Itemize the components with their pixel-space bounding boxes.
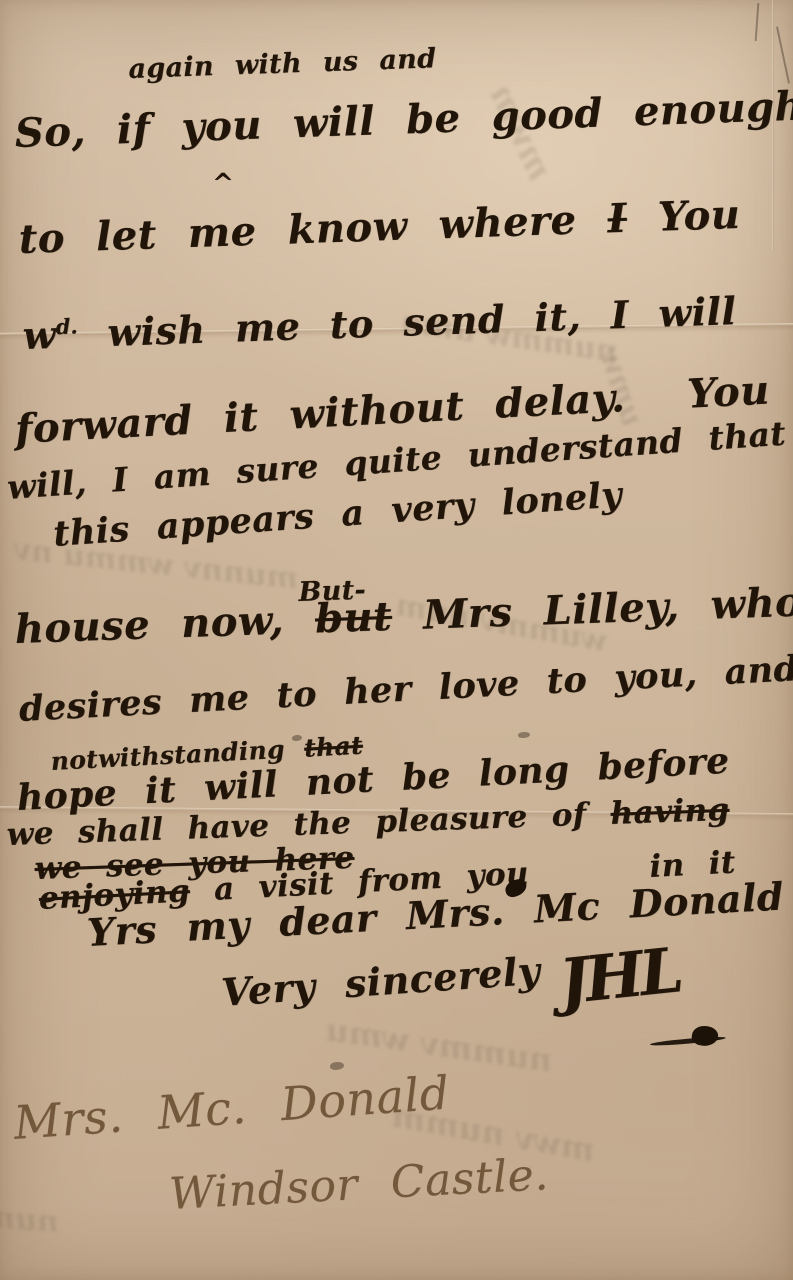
handwritten-text: house now,	[14, 596, 316, 653]
letter-line: So, if you will be good enough	[14, 84, 793, 156]
handwritten-text: Mrs Lilley, who	[391, 579, 793, 640]
handwritten-text: So, if you will be good enough	[14, 82, 793, 157]
letter-line: to let me know where I You	[18, 193, 741, 263]
ink-smudge	[518, 732, 530, 738]
strikethrough-text: but	[314, 593, 393, 643]
valediction: Very sincerely	[220, 950, 542, 1015]
handwritten-text: d.	[55, 313, 78, 339]
strikethrough-text: I	[607, 195, 628, 243]
signature: JHL	[556, 935, 683, 1017]
handwritten-text: Mrs. Mc. Donald	[12, 1066, 451, 1150]
pencil-mark	[755, 3, 760, 41]
letter-line: desires me to her love to you, and I	[18, 647, 793, 729]
ink-blot	[690, 1024, 719, 1048]
strikethrough-text: that	[303, 731, 363, 763]
insertion-caret: ^	[212, 170, 234, 199]
interline-insertion: again with us and	[128, 44, 437, 85]
handwritten-text: Windsor Castle.	[168, 1149, 550, 1220]
handwritten-text: You	[626, 191, 741, 242]
handwritten-text: JHL	[556, 933, 683, 1018]
handwritten-text: again with us and	[128, 43, 437, 85]
handwritten-text: to let me know where	[18, 195, 608, 263]
handwritten-text: wish me to send it, I will	[77, 288, 737, 356]
letter-line: wd. wish me to send it, I will	[22, 290, 737, 357]
handwritten-text: w	[22, 312, 57, 358]
handwritten-text: ^	[212, 169, 234, 199]
pencil-mark	[776, 26, 790, 83]
letter-page: mwmnummw umnumwmunnv wmmu nvwummv numnum…	[0, 0, 793, 1280]
handwritten-text: Very sincerely	[220, 948, 542, 1015]
strikethrough-text: having	[610, 792, 730, 832]
address-recipient: Mrs. Mc. Donald	[12, 1068, 451, 1150]
ink-smudge	[330, 1062, 344, 1070]
ghost-showthrough-line: numv wm	[0, 1194, 60, 1240]
address-place: Windsor Castle.	[168, 1150, 550, 1219]
handwritten-text: desires me to her love to you, and I	[18, 646, 793, 730]
